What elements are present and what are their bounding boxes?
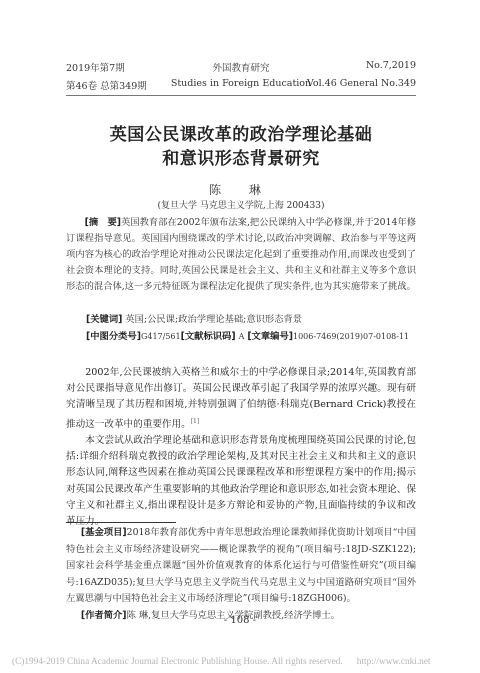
article-title-line2: 和意识形态背景研究 <box>66 144 416 169</box>
journal-title-cn: 外国教育研究 <box>212 60 269 74</box>
article-number-value: 1006-7469(2019)07-0108-11 <box>293 332 409 341</box>
classification-line: [中图分类号]G417/561[文献标识码] A [文章编号]1006-7469… <box>66 328 416 342</box>
volume-number-en: Vol.46 General No.349 <box>307 78 416 92</box>
running-header-line2: 第46卷 总第349期 Studies in Foreign Education… <box>66 78 416 92</box>
volume-label: 第46卷 总第349期 <box>66 78 147 92</box>
footnote-divider <box>66 522 176 523</box>
issue-label: 2019年第7期 <box>66 60 125 74</box>
author-name: 陈 琳 <box>66 181 416 198</box>
copyright-text: (C)1994-2019 China Academic Journal Elec… <box>12 657 343 667</box>
fund-text: 2018年教育部优秀中青年思想政治理论课教师择优资助计划项目“中国特色社会主义市… <box>66 527 416 604</box>
running-header-line1: 2019年第7期 外国教育研究 No.7,2019 <box>66 60 416 74</box>
clc-label: [中图分类号] <box>86 331 141 342</box>
doc-code-value: A <box>239 332 245 341</box>
article-title-line1: 英国公民课改革的政治学理论基础 <box>66 120 416 145</box>
body-paragraph: 2002年,公民课被纳入英格兰和威尔士的中学必修课目录;2014年,英国教育部对… <box>66 365 416 433</box>
fund-label: [基金项目] <box>81 527 127 538</box>
fund-note: [基金项目]2018年教育部优秀中青年思想政治理论课教师择优资助计划项目“中国特… <box>66 525 416 608</box>
article-number-label: [文章编号] <box>247 331 293 342</box>
abstract-text: 英国教育部在2002年颁布法案,把公民课纳入中学必修课,并于2014年修订课程指… <box>66 217 416 292</box>
clc-value: G417/561 <box>141 332 181 341</box>
body-paragraph: 本文尝试从政治学理论基础和意识形态背景角度梳理围绕英国公民课的讨论,包括:详细介… <box>66 433 416 530</box>
copyright-notice: (C)1994-2019 China Academic Journal Elec… <box>12 657 431 667</box>
page-number: - 108 - <box>0 615 480 626</box>
abstract: [摘 要]英国教育部在2002年颁布法案,把公民课纳入中学必修课,并于2014年… <box>66 215 416 295</box>
author-affiliation: (复旦大学 马克思主义学院,上海 200433) <box>66 198 416 211</box>
abstract-label: [摘 要] <box>85 217 121 228</box>
issue-number-en: No.7,2019 <box>366 60 416 74</box>
journal-title-en: Studies in Foreign Education <box>171 78 311 89</box>
keywords-line: [关键词] 英国;公民课;政治学理论基础;意识形态背景 <box>66 311 416 325</box>
article-body: 2002年,公民课被纳入英格兰和威尔士的中学必修课目录;2014年,英国教育部对… <box>66 365 416 530</box>
keywords-text: 英国;公民课;政治学理论基础;意识形态背景 <box>125 314 302 325</box>
footnotes: [基金项目]2018年教育部优秀中青年思想政治理论课教师择优资助计划项目“中国特… <box>66 525 416 624</box>
doc-code-label: [文献标识码] <box>181 331 236 342</box>
citation-ref: [1] <box>191 418 200 425</box>
cnki-link[interactable]: http://www.cnki.net <box>357 657 431 667</box>
header-divider <box>66 95 416 96</box>
journal-page: 2019年第7期 外国教育研究 No.7,2019 第46卷 总第349期 St… <box>0 0 480 673</box>
keywords-label: [关键词] <box>86 314 122 325</box>
